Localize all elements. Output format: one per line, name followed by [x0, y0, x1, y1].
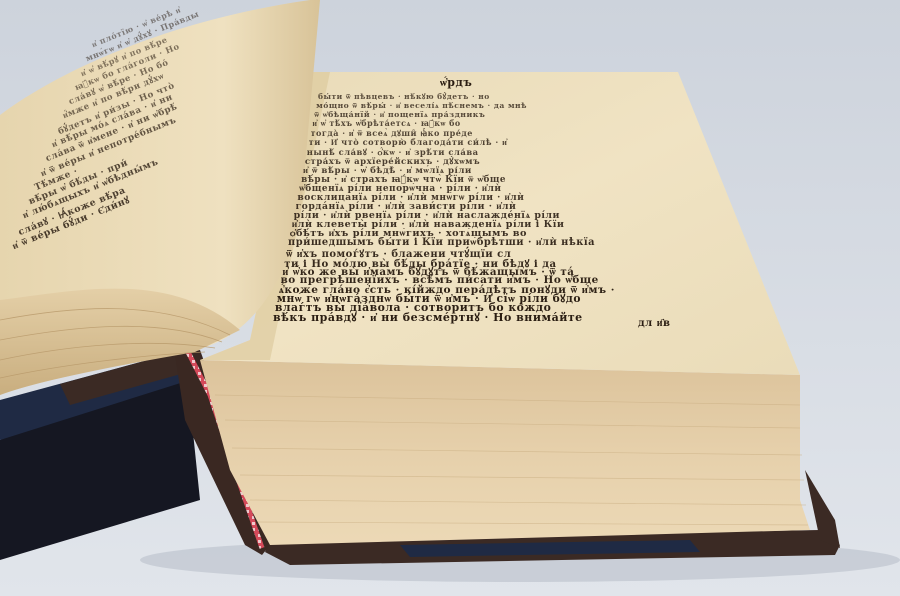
book-photo: ѡ҆́рдъ дл и҃в бы́ти ѿ пѣвцевъ · нѣ́кꙋю б…: [0, 0, 900, 596]
left-page: и҆ пло́тїю · ѡ҆ ве́рѣ и҆мнѡ́гѡ и҆ ѡ҆ дꙋ́…: [0, 0, 900, 596]
